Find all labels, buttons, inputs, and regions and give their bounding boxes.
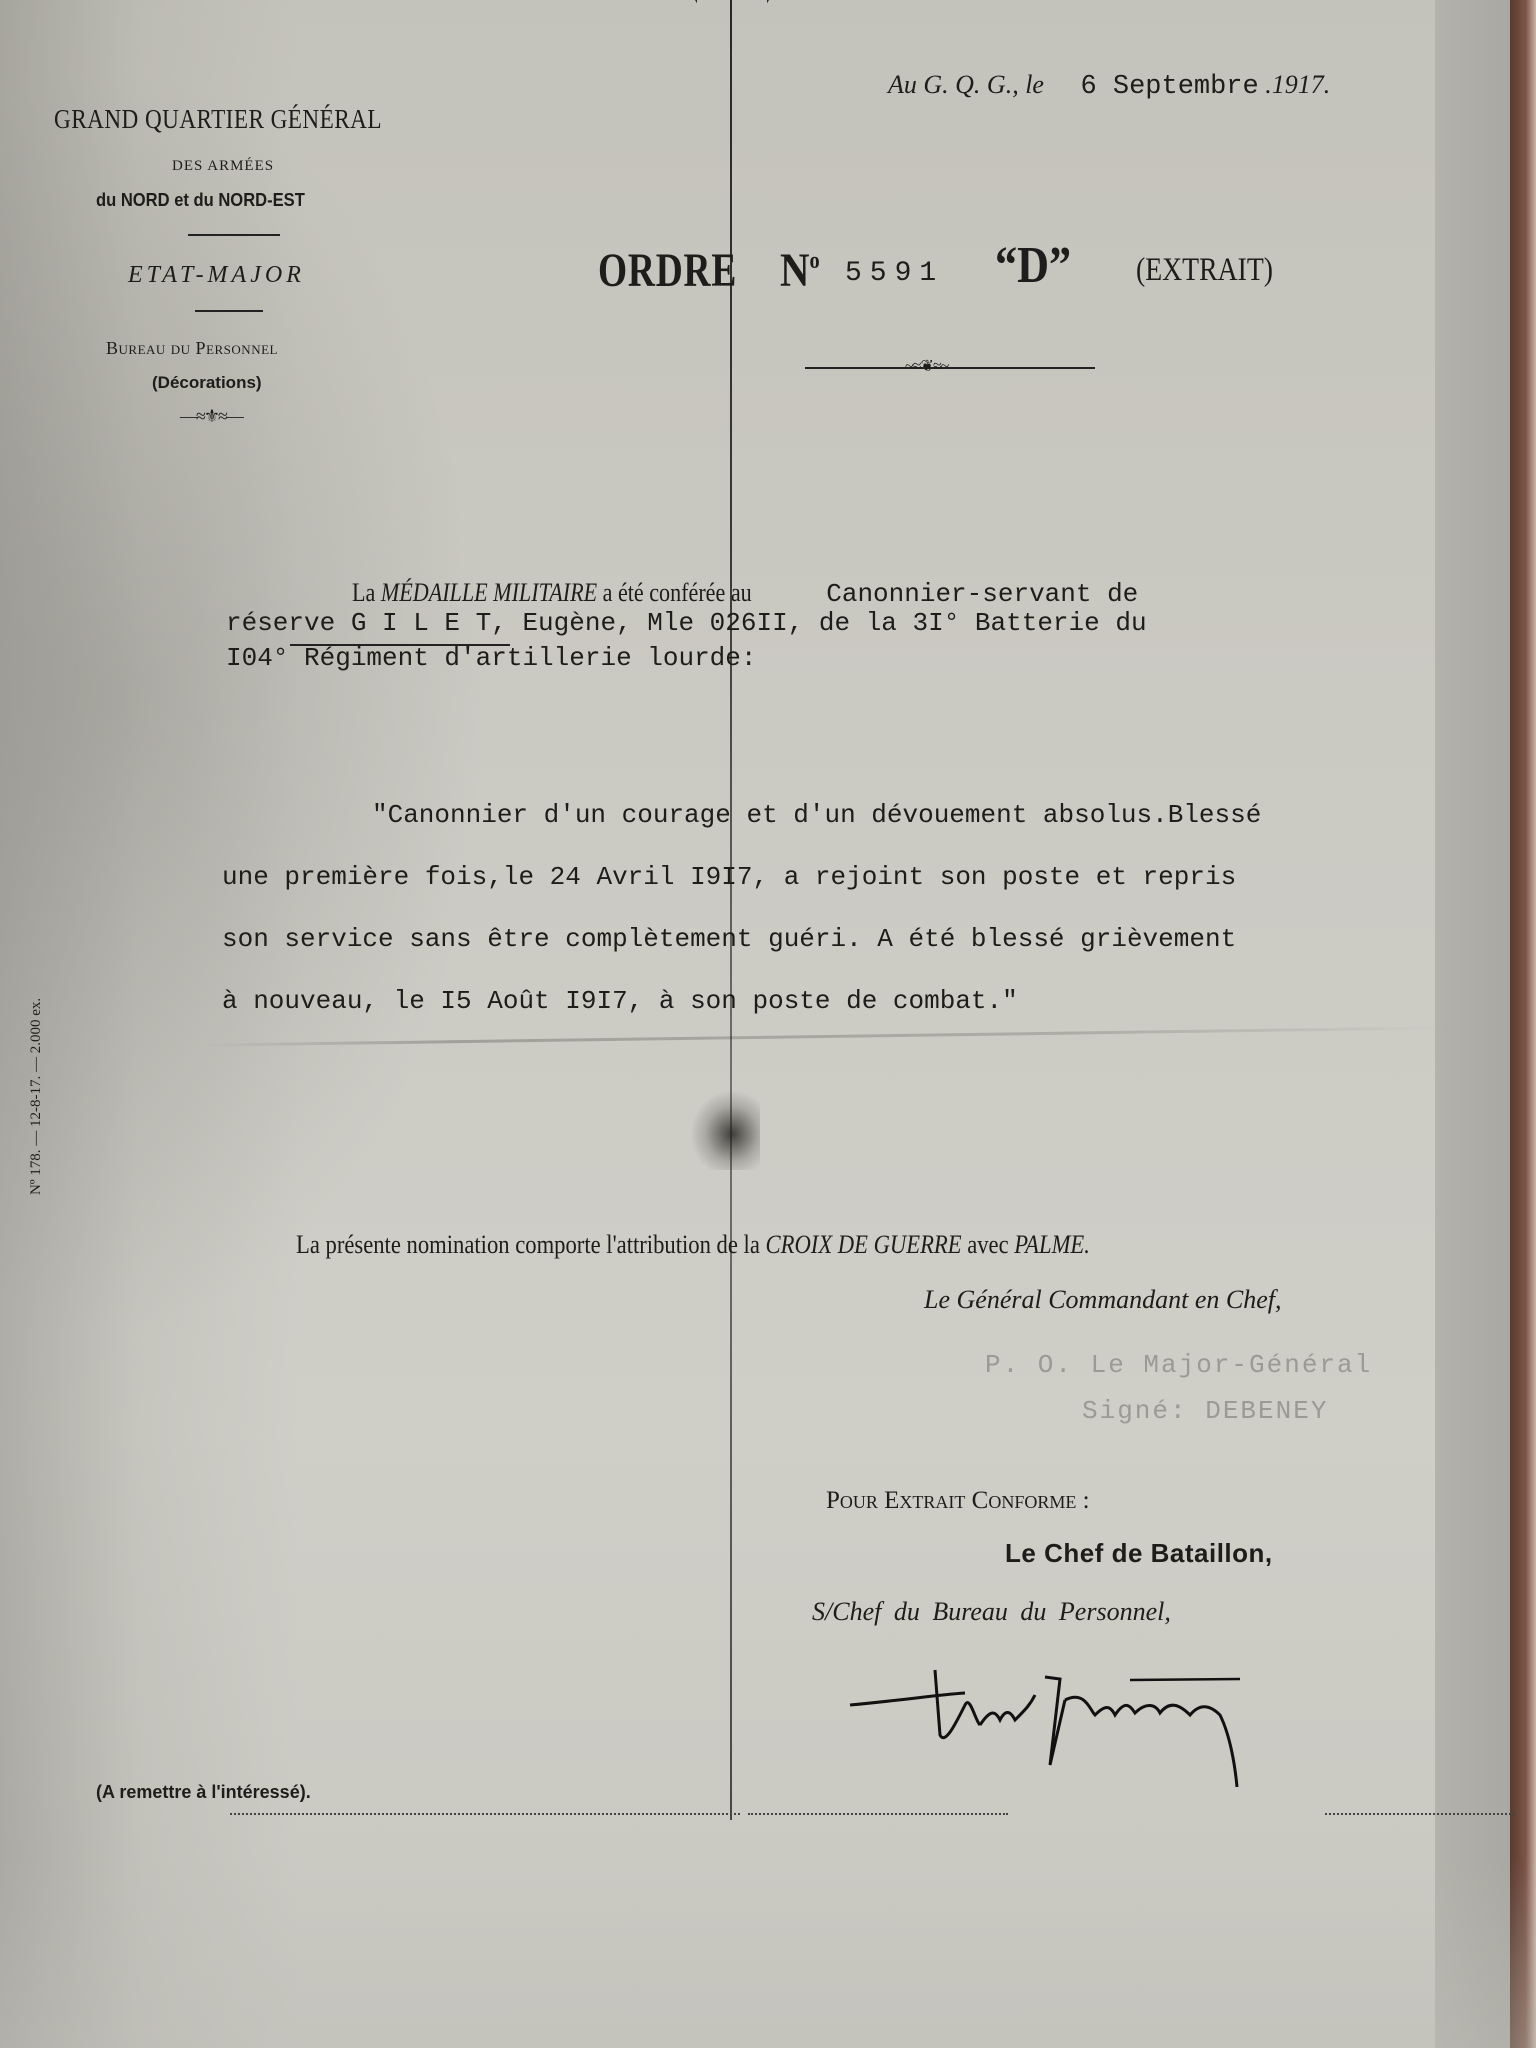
date-line: Au G. Q. G., le 6 Septembre .1917. [888,70,1330,102]
ink-stain [690,1090,760,1170]
header-armies: DES ARMÉES [172,158,274,175]
award-palm: PALME. [1014,1230,1090,1259]
footer-rule [1325,1813,1515,1815]
header-department: (Décorations) [152,373,262,393]
officer-role: S/Chef du Bureau du Personnel, [812,1597,1171,1627]
quote-line: son service sans être complètement guéri… [222,924,1236,954]
citation-line-2: réserve G I L E T, Eugène, Mle 026II, de… [226,608,1147,638]
title-rule [805,367,1095,369]
footer-instruction: (A remettre à l'intéressé). [96,1782,311,1803]
quote-line: "Canonnier d'un courage et d'un dévoueme… [372,800,1261,830]
handwritten-signature-icon [845,1665,1265,1805]
ornament-icon: ~≈❦≈~ [905,356,948,376]
date-day-month: 6 Septembre [1080,72,1258,102]
award-cross: CROIX DE GUERRE [766,1230,962,1259]
paper-background [0,0,1536,2048]
header-bureau: Bureau du Personnel [106,338,278,359]
header-divider [195,310,263,312]
date-year: .1917. [1265,70,1330,99]
commander-title: Le Général Commandant en Chef, [924,1285,1281,1315]
name-underline [290,644,510,646]
quote-line: une première fois,le 24 Avril I9I7, a re… [222,862,1236,892]
faded-stamp-line: P. O. Le Major-Général [985,1350,1372,1380]
header-organization: GRAND QUARTIER GÉNÉRAL [54,104,382,135]
citation-line-1: La MÉDAILLE MILITAIRE a été conférée au … [352,578,1138,609]
faded-stamp-line: Signé: DEBENEY [1082,1396,1328,1426]
footer-rule [230,1813,740,1815]
header-region: du NORD et du NORD-EST [96,190,305,211]
quote-line: à nouveau, le I5 Août I9I7, à son poste … [222,986,1018,1016]
order-number-label: No [780,243,820,298]
header-divider [188,234,280,236]
order-qualifier: (EXTRAIT) [1136,252,1273,289]
order-series: “D” [995,236,1071,295]
ornament-icon: —≈⚜≈— [180,406,242,427]
medal-name: MÉDAILLE MILITAIRE [381,578,597,607]
award-line: La présente nomination comporte l'attrib… [296,1230,1090,1260]
paper-bottom [0,1860,1536,2048]
order-label: ORDRE [598,243,737,298]
date-prefix: Au G. Q. G., le [888,70,1044,99]
paper-fold-shadow [1435,0,1510,2048]
table-edge [1510,0,1536,2048]
header-staff: ETAT-MAJOR [128,262,305,289]
margin-print-note: Nº 178. — 12-8-17. — 2.000 ex. [28,998,45,1195]
certification-label: Pour Extrait Conforme : [826,1487,1090,1515]
footer-rule [748,1813,1008,1815]
order-number: 5591 [845,258,944,289]
citation-line-3: I04° Régiment d'artillerie lourde: [226,643,757,673]
officer-title: Le Chef de Bataillon, [1005,1538,1273,1569]
